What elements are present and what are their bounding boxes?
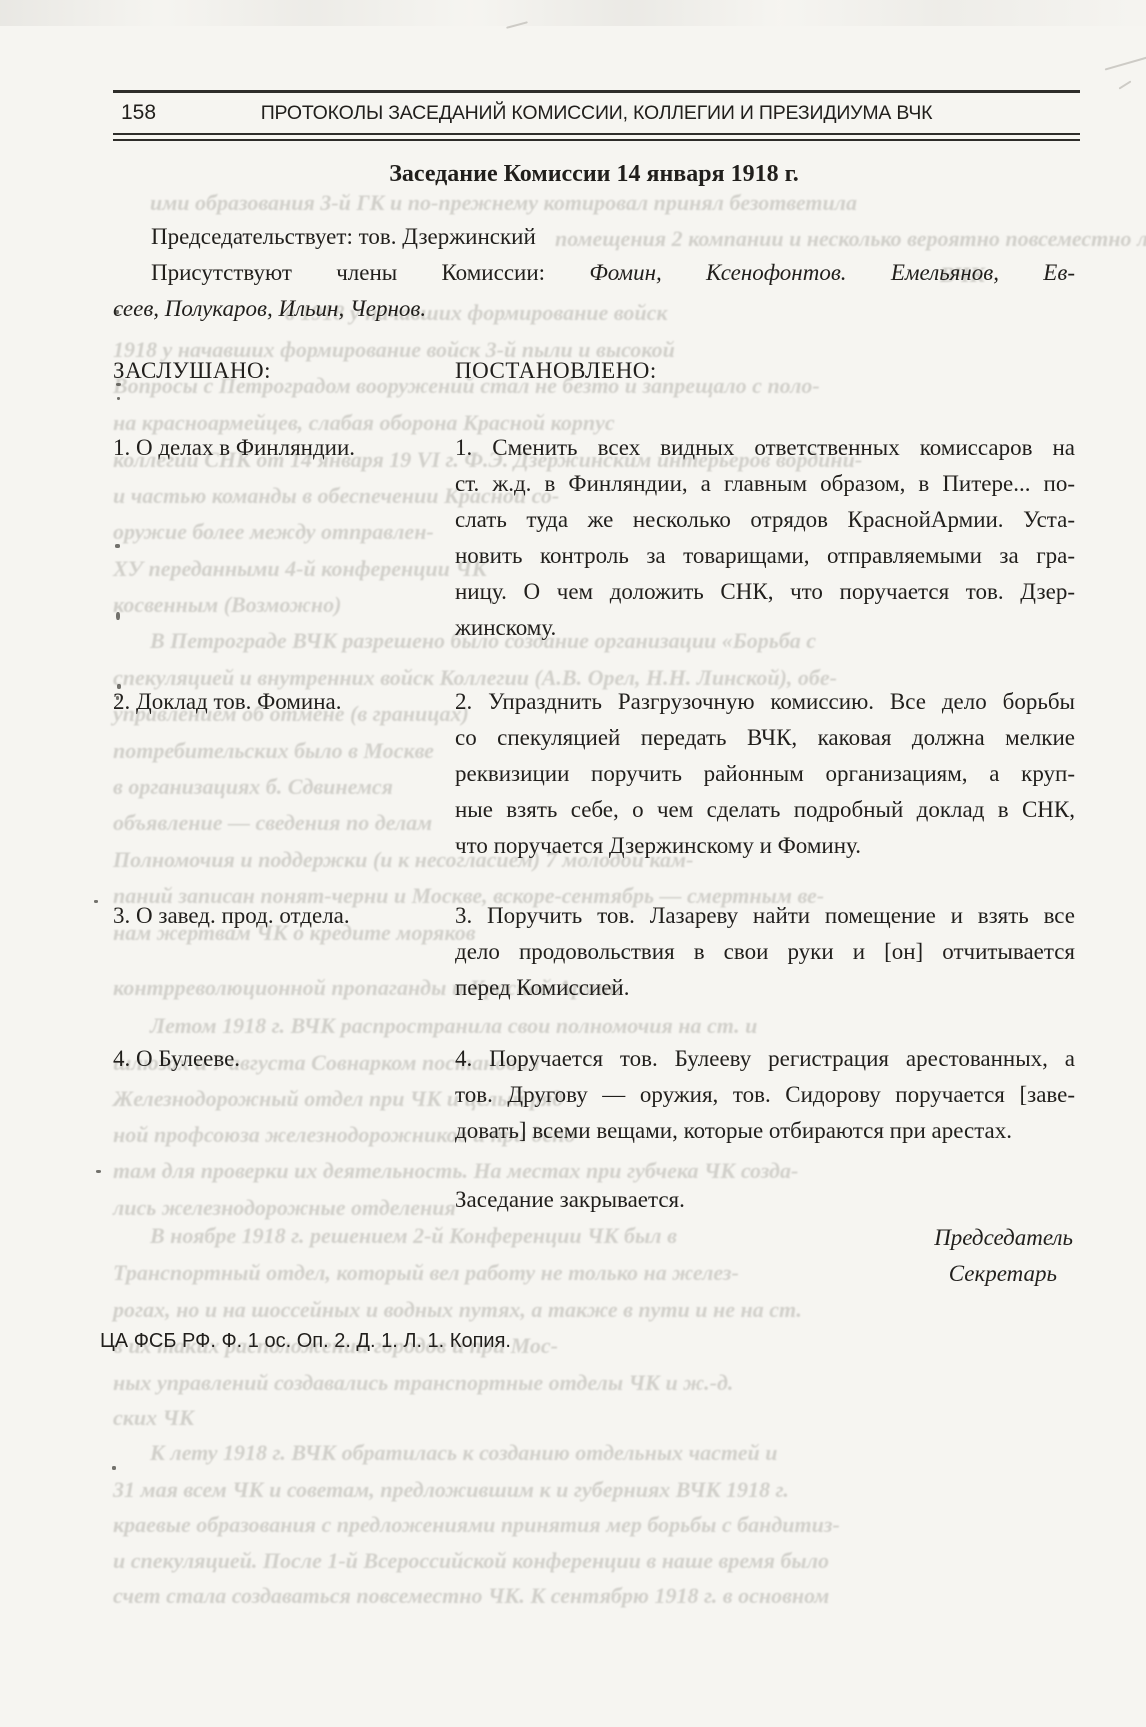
bleedthrough-line: косвенным (Возможно) [113, 592, 341, 618]
scan-speck [112, 1466, 116, 1470]
heard-column-header: ЗАСЛУШАНО: [113, 358, 271, 384]
resolved-line: перед Комиссией. [455, 970, 1075, 1006]
resolved-item-1: 1. Сменить всех видных ответственных ком… [455, 430, 1075, 646]
scan-speck [115, 544, 120, 548]
scan-scratch [1119, 80, 1132, 89]
signature-chair: Председатель [455, 1220, 1073, 1256]
signature-secretary: Секретарь [455, 1256, 1073, 1292]
bleedthrough-line: лись железнодорожные отделения [113, 1195, 456, 1221]
book-page: ими образования 3-й ГК и по-прежнему кот… [0, 0, 1146, 1727]
bleedthrough-line: и спекуляцией. После 1-й Всероссийской к… [113, 1548, 829, 1574]
scan-speck [116, 612, 120, 620]
resolved-item-4: 4. Поручается тов. Булееву регистрация а… [455, 1041, 1075, 1149]
header-rule-top [113, 90, 1080, 93]
resolved-line: что поручается Дзержинскому и Фомину. [455, 828, 1075, 864]
resolved-line: 3. Поручить тов. Лазареву найти помещени… [455, 898, 1075, 934]
bleedthrough-line: рогах, но и на шоссейных и водных путях,… [113, 1297, 802, 1323]
bleedthrough-line: краевые образования с предложениями прин… [113, 1512, 840, 1538]
resolved-line: 1. Сменить всех видных ответственных ком… [455, 430, 1075, 466]
archive-reference: ЦА ФСБ РФ. Ф. 1 ос. Оп. 2. Д. 1. Л. 1. К… [100, 1330, 511, 1353]
resolved-line: 4. Поручается тов. Булееву регистрация а… [455, 1041, 1075, 1077]
resolved-line: жинскому. [455, 610, 1075, 646]
heard-item-3: 3. О завед. прод. отдела. [113, 898, 448, 934]
closing-line: Заседание закрывается. [455, 1182, 685, 1218]
resolved-item-2: 2. Упразднить Разгрузочную комиссию. Все… [455, 684, 1075, 864]
bleedthrough-line: ных управлений создавались транспортные … [113, 1370, 733, 1396]
bleedthrough-line: оружие более между отправлен- [113, 519, 434, 545]
resolved-line: довать] всеми вещами, которые отбираются… [455, 1113, 1075, 1149]
resolved-line: ницу. О чем доложить СНК, что поручается… [455, 574, 1075, 610]
resolved-line: ст. ж.д. в Финляндии, а главным образом,… [455, 466, 1075, 502]
resolved-line: ные взять себе, о чем сделать подробный … [455, 792, 1075, 828]
bleedthrough-line: объявление — сведения по делам [113, 810, 432, 836]
resolved-line: 2. Упразднить Разгрузочную комиссию. Все… [455, 684, 1075, 720]
scan-speck [94, 900, 98, 903]
attendees-names: Фомин, Ксенофонтов. Емельянов, Ев- [589, 260, 1075, 285]
attendees-line-1: Присутствуют члены Комиссии: Фомин, Ксен… [151, 255, 1075, 291]
running-title: ПРОТОКОЛЫ ЗАСЕДАНИЙ КОМИССИИ, КОЛЛЕГИИ И… [113, 102, 1080, 125]
bleedthrough-line: ими образования 3-й ГК и по-прежнему кот… [150, 190, 857, 216]
scan-texture [0, 0, 1146, 26]
heard-item-4: 4. О Булееве. [113, 1041, 448, 1077]
bleedthrough-line: ских ЧК [113, 1405, 194, 1431]
resolved-line: реквизиции поручить районным организация… [455, 756, 1075, 792]
chair-line: Председательствует: тов. Дзержинский [151, 219, 536, 255]
resolved-line: со спекуляцией передать ВЧК, каковая дол… [455, 720, 1075, 756]
bleedthrough-line: К лету 1918 г. ВЧК обратилась к созданию… [150, 1440, 777, 1466]
bleedthrough-line: Летом 1918 г. ВЧК распространила свои по… [150, 1013, 757, 1039]
resolved-line: тов. Другову — оружия, тов. Сидорову пор… [455, 1077, 1075, 1113]
heard-item-2: 2. Доклад тов. Фомина. [113, 684, 448, 720]
header-rule-bottom [113, 133, 1080, 141]
attendees-label: Присутствуют члены Комиссии: [151, 260, 589, 285]
resolved-column-header: ПОСТАНОВЛЕНО: [455, 358, 657, 384]
resolved-line: дело продовольствия в свои руки и [он] о… [455, 934, 1075, 970]
scan-speck [117, 397, 120, 400]
signature-block: Председатель Секретарь [455, 1220, 1073, 1292]
bleedthrough-line: в организациях б. Сдвинемся [113, 774, 393, 800]
scan-scratch [1105, 55, 1146, 70]
bleedthrough-line: помещения 2 компании и несколько вероятн… [555, 226, 1146, 252]
bleedthrough-line: 31 мая всем ЧК и советам, предложившим к… [113, 1477, 789, 1503]
bleedthrough-line: потребительских было в Москве [113, 738, 434, 764]
bleedthrough-line: счет стала создаваться повсеместно ЧК. К… [113, 1583, 829, 1609]
scan-speck [96, 1170, 101, 1173]
bleedthrough-line: ХУ переданными 4-й конференции ЧК [113, 556, 487, 582]
attendees-line-2: сеев, Полукаров, Ильин, Чернов. [113, 291, 426, 327]
resolved-line: слать туда же несколько отрядов КраснойА… [455, 502, 1075, 538]
document-title: Заседание Комиссии 14 января 1918 г. [113, 161, 1075, 188]
resolved-item-3: 3. Поручить тов. Лазареву найти помещени… [455, 898, 1075, 1006]
heard-item-1: 1. О делах в Финляндии. [113, 430, 448, 466]
bleedthrough-line: там для проверки их деятельность. На мес… [113, 1158, 798, 1184]
resolved-line: новить контроль за товарищами, отправляе… [455, 538, 1075, 574]
